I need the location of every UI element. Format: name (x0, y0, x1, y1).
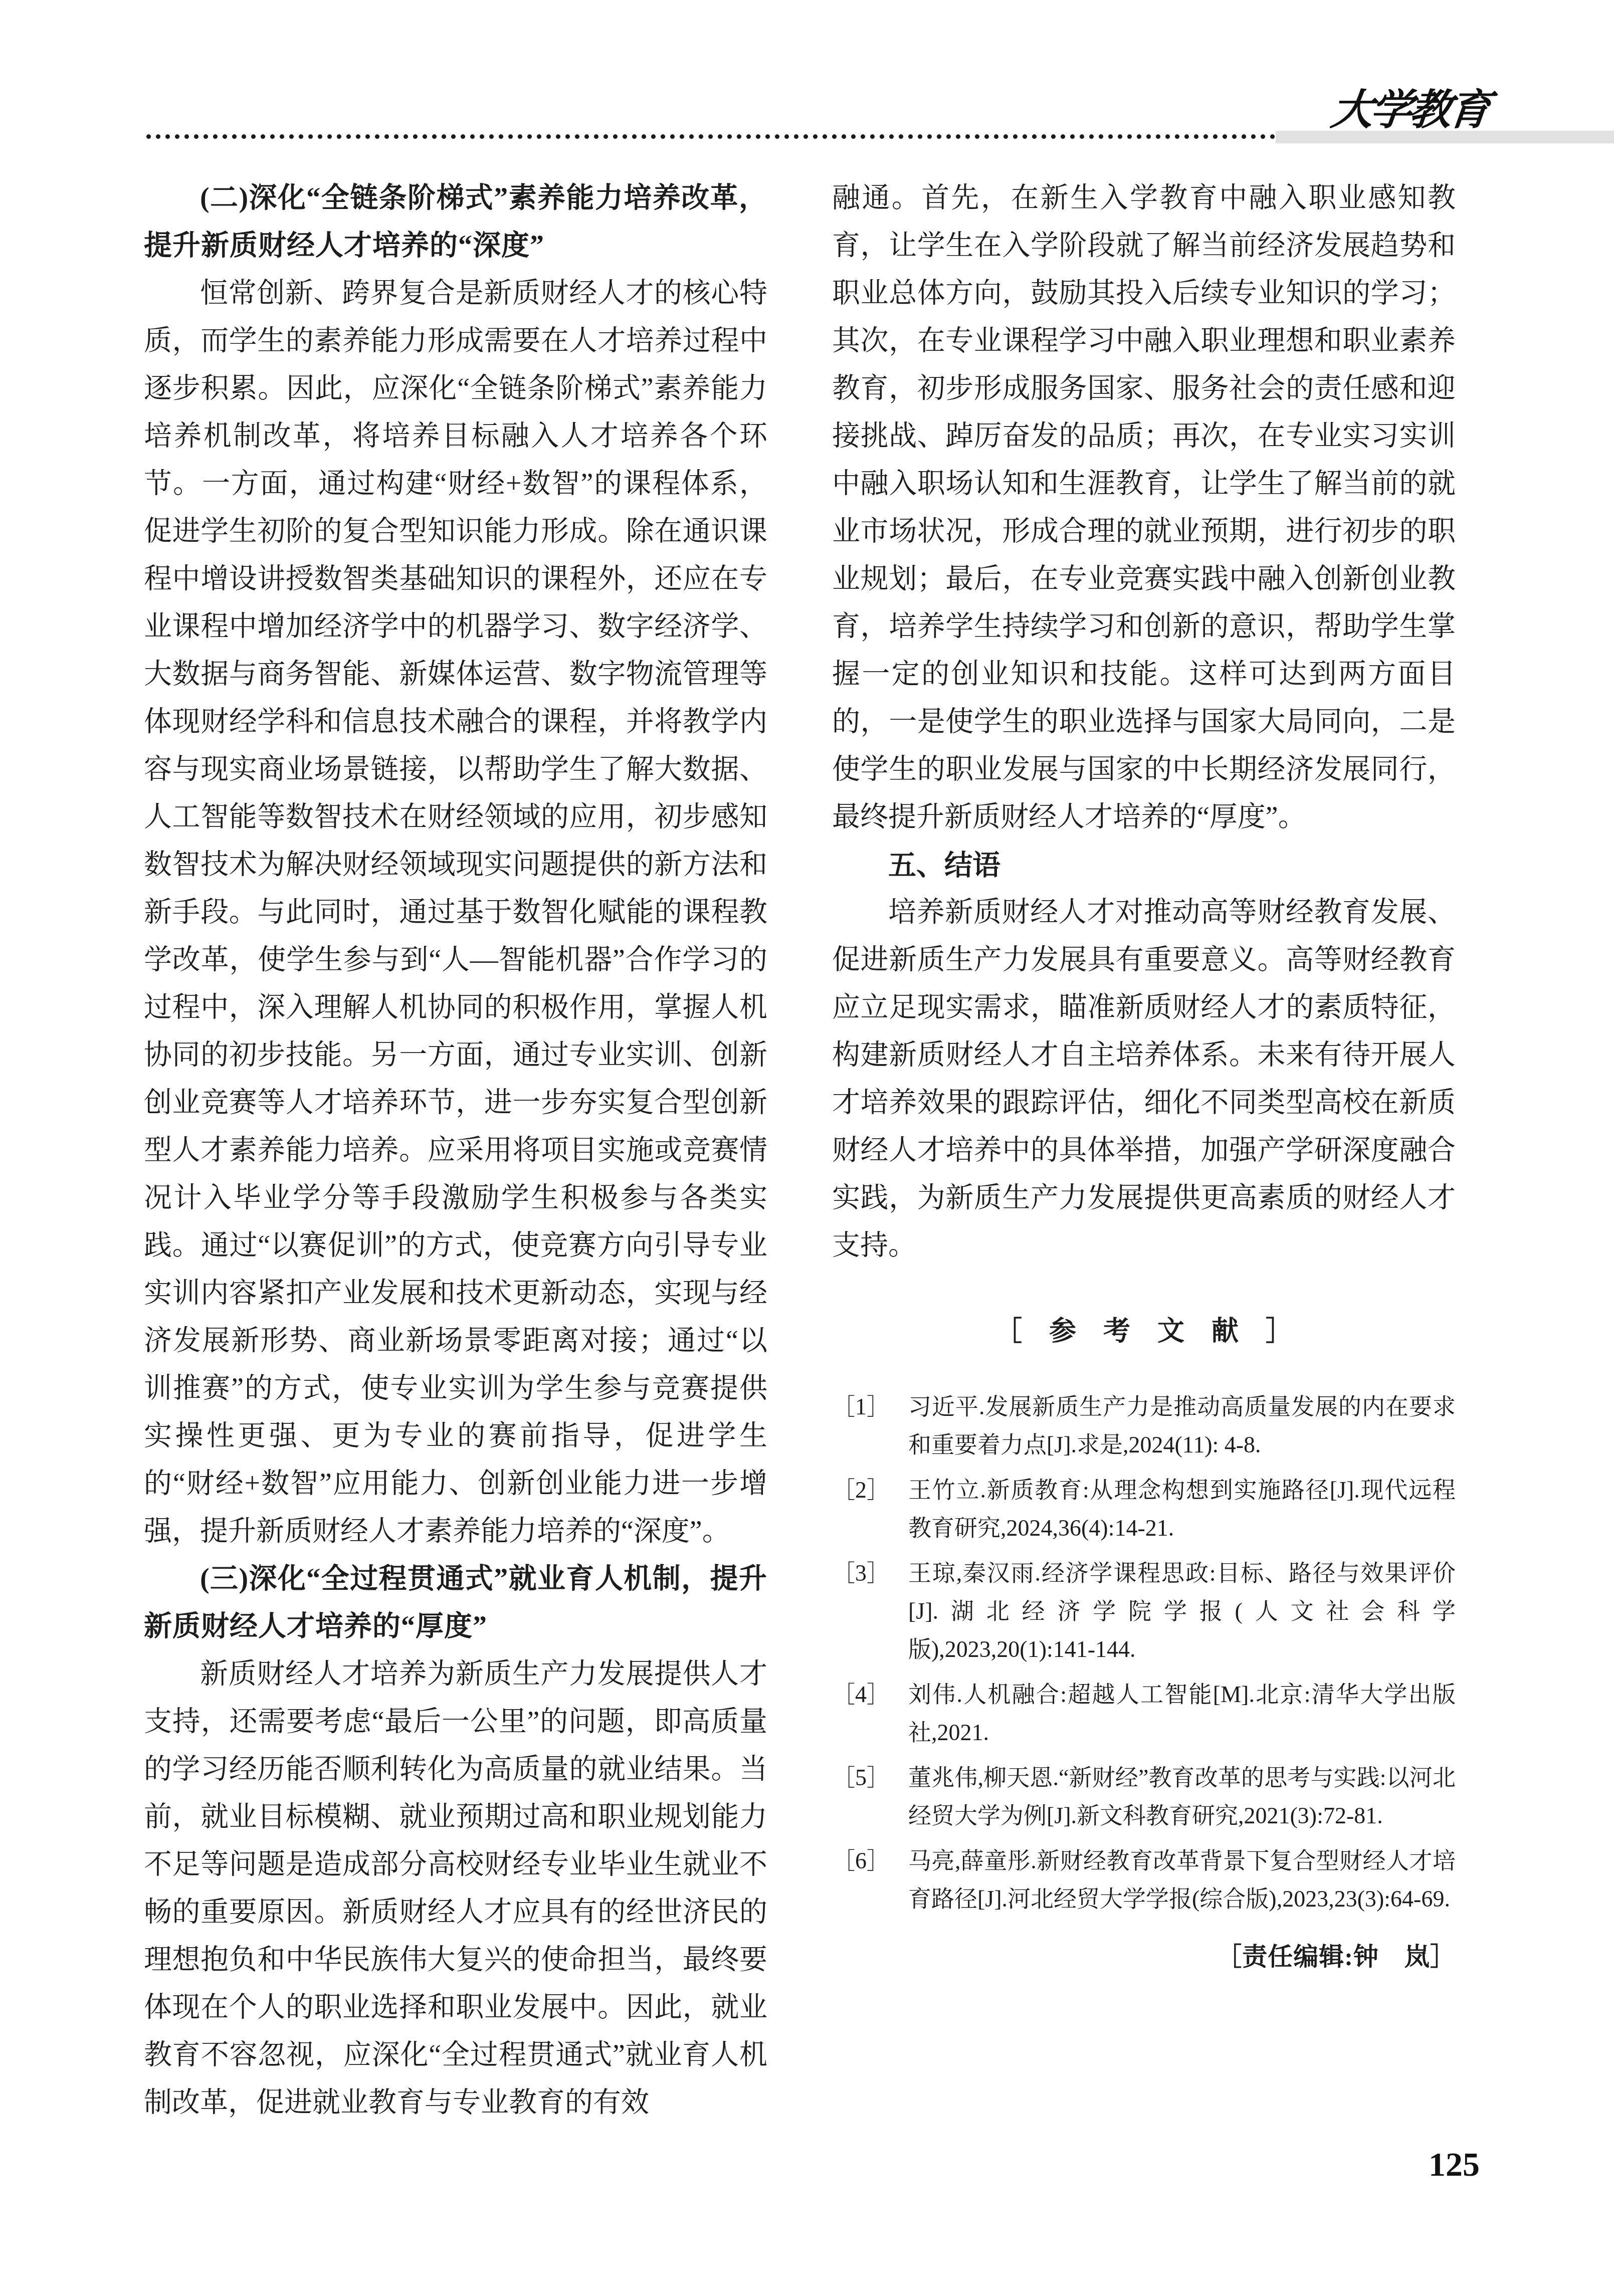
reference-item: ［4］ 刘伟.人机融合:超越人工智能[M].北京:清华大学出版社,2021. (832, 1676, 1456, 1752)
references-header: ［ 参 考 文 献 ］ (832, 1316, 1456, 1347)
reference-text: 王竹立.新质教育:从理念构想到实施路径[J].现代远程教育研究,2024,36(… (908, 1477, 1456, 1541)
paragraph-employment-continued: 融通。首先，在新生入学教育中融入职业感知教育，让学生在入学阶段就了解当前经济发展… (832, 174, 1456, 841)
reference-item: ［5］ 董兆伟,柳天恩.“新财经”教育改革的思考与实践:以河北经贸大学为例[J]… (832, 1759, 1456, 1835)
paragraph-conclusion: 培养新质财经人才对推动高等财经教育发展、促进新质生产力发展具有重要意义。高等财经… (832, 889, 1456, 1270)
reference-text: 习近平.发展新质生产力是推动高质量发展的内在要求和重要着力点[J].求是,202… (908, 1394, 1456, 1457)
left-column: (二)深化“全链条阶梯式”素养能力培养改革，提升新质财经人才培养的“深度” 恒常… (144, 174, 767, 2127)
section-heading-3: (三)深化“全过程贯通式”就业育人机制，提升新质财经人才培养的“厚度” (144, 1555, 767, 1650)
reference-item: ［2］ 王竹立.新质教育:从理念构想到实施路径[J].现代远程教育研究,2024… (832, 1471, 1456, 1547)
reference-item: ［1］ 习近平.发展新质生产力是推动高质量发展的内在要求和重要着力点[J].求是… (832, 1388, 1456, 1464)
header-gray-bar (1276, 131, 1614, 143)
paragraph-competence-reform: 恒常创新、跨界复合是新质财经人才的核心特质，而学生的素养能力形成需要在人才培养过… (144, 270, 767, 1555)
header-dotted-rule (144, 133, 1276, 140)
reference-text: 刘伟.人机融合:超越人工智能[M].北京:清华大学出版社,2021. (908, 1682, 1456, 1745)
section-heading-2: (二)深化“全链条阶梯式”素养能力培养改革，提升新质财经人才培养的“深度” (144, 174, 767, 270)
paragraph-employment-mechanism: 新质财经人才培养为新质生产力发展提供人才支持，还需要考虑“最后一公里”的问题，即… (144, 1650, 767, 2127)
reference-label: ［4］ (832, 1676, 890, 1714)
reference-item: ［3］ 王琼,秦汉雨.经济学课程思政:目标、路径与效果评价[J].湖北经济学院学… (832, 1554, 1456, 1668)
reference-label: ［3］ (832, 1554, 890, 1592)
reference-label: ［6］ (832, 1842, 890, 1880)
journal-page: 大学教育 (二)深化“全链条阶梯式”素养能力培养改革，提升新质财经人才培养的“深… (0, 0, 1614, 2296)
conclusion-heading: 五、结语 (832, 841, 1456, 889)
reference-text: 董兆伟,柳天恩.“新财经”教育改革的思考与实践:以河北经贸大学为例[J].新文科… (908, 1765, 1456, 1828)
reference-label: ［2］ (832, 1471, 890, 1509)
reference-item: ［6］ 马亮,薛童彤.新财经教育改革背景下复合型财经人才培育路径[J].河北经贸… (832, 1842, 1456, 1918)
reference-text: 马亮,薛童彤.新财经教育改革背景下复合型财经人才培育路径[J].河北经贸大学学报… (908, 1848, 1456, 1912)
editor-note: ［责任编辑:钟 岚］ (832, 1939, 1456, 1974)
journal-logo: 大学教育 (1324, 76, 1496, 131)
reference-label: ［5］ (832, 1759, 890, 1797)
reference-text: 王琼,秦汉雨.经济学课程思政:目标、路径与效果评价[J].湖北经济学院学报(人文… (908, 1560, 1456, 1662)
reference-label: ［1］ (832, 1388, 890, 1426)
right-column: 融通。首先，在新生入学教育中融入职业感知教育，让学生在入学阶段就了解当前经济发展… (832, 174, 1456, 1974)
page-number: 125 (1401, 2144, 1507, 2184)
